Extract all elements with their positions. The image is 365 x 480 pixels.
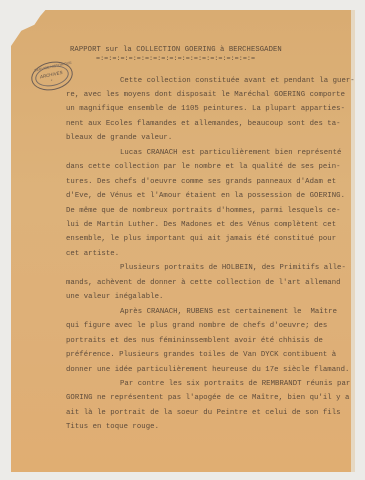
text-line: dans cette collection par le nombre et l…: [66, 163, 341, 171]
text-line: Par contre les six portraits de REMBRAND…: [120, 380, 350, 388]
text-line: cet artiste.: [66, 250, 119, 258]
text-line: ensemble, le plus important qui ait jama…: [66, 235, 336, 243]
text-line: bleaux de grande valeur.: [66, 134, 172, 142]
document-title: RAPPORT sur la COLLECTION GOERING à BERC…: [70, 46, 282, 54]
text-line: nent aux Ecoles flamandes et allemandes,…: [66, 120, 341, 128]
text-line: mands, achèvent de donner à cette collec…: [66, 279, 341, 287]
text-line: portraits et des nus fémininssemblent av…: [66, 337, 323, 345]
text-line: tures. Des chefs d'oeuvre comme ses gran…: [66, 178, 336, 186]
text-line: qui figure avec le plus grand nombre de …: [66, 322, 327, 330]
text-line: Cette collection constituée avant et pen…: [120, 77, 355, 85]
text-line: une valeur inégalable.: [66, 293, 163, 301]
text-line: d'Eve, de Vénus et l'Amour étaient en la…: [66, 192, 345, 200]
text-line: Lucas CRANACH est particulièrement bien …: [120, 149, 341, 157]
text-line: Après CRANACH, RUBENS est certainement l…: [120, 308, 337, 316]
text-line: GORING ne représentent pas l'apogée de c…: [66, 394, 349, 402]
text-line: donner une idée particulièrement heureus…: [66, 366, 349, 374]
text-line: Plusieurs portraits de HOLBEIN, des Prim…: [120, 264, 346, 272]
text-line: un magnifique ensemble de 1105 peintures…: [66, 105, 345, 113]
text-line: ait là le portrait de la soeur du Peintr…: [66, 409, 341, 417]
stamp-star-icon: *: [50, 78, 53, 83]
text-line: Titus en toque rouge.: [66, 423, 159, 431]
text-line: De même que de nombreux portraits d'homm…: [66, 207, 341, 215]
text-line: re, avec les moyens dont disposait le Ma…: [66, 91, 345, 99]
text-line: préférence. Plusieurs grandes toiles de …: [66, 351, 336, 359]
title-underline: =:=:=:=:=:=:=:=:=:=:=:=:=:=:=:=:=:=:=:=: [96, 55, 255, 63]
text-line: lui de Martin Luther. Des Madones et des…: [66, 221, 336, 229]
